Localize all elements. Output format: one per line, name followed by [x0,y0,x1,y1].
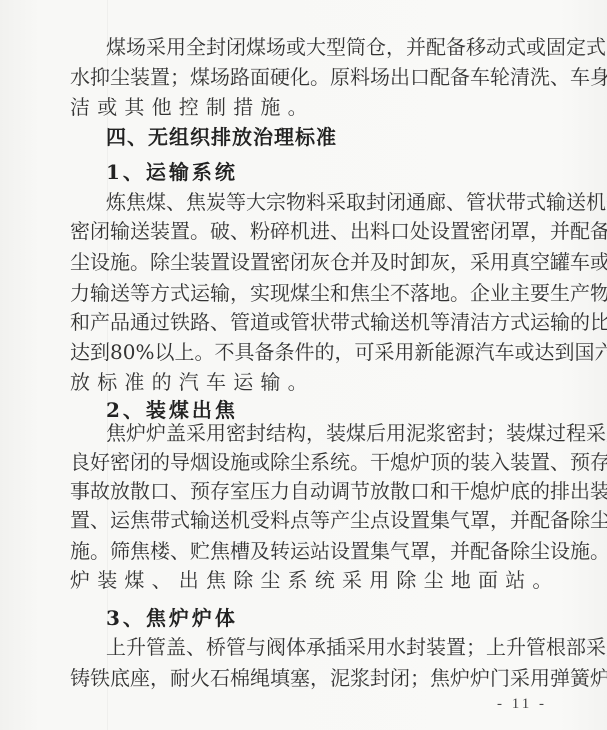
subsection-heading: 3、焦炉炉体 [106,603,238,633]
paragraph-line: 和产品通过铁路、管道或管状带式输送机等清洁方式运输的比例 [70,307,546,337]
paragraph-line: 良好密闭的导烟设施或除尘系统。干熄炉顶的装入装置、预存室 [70,447,546,477]
paragraph-line: 事故放散口、预存室压力自动调节放散口和干熄炉底的排出装 [70,476,546,506]
paragraph-line: 水抑尘装置；煤场路面硬化。原料场出口配备车轮清洗、车身清 [70,62,546,92]
paragraph-line: 达到80%以上。不具备条件的，可采用新能源汽车或达到国六排 [70,337,546,367]
paragraph-line: 放标准的汽车运输。 [70,367,546,397]
paragraph-line: 铸铁底座，耐火石棉绳填塞，泥浆封闭；焦炉炉门采用弹簧炉门、 [70,663,546,693]
document-page: 煤场采用全封闭煤场或大型筒仓，并配备移动式或固定式喷 水抑尘装置；煤场路面硬化。… [0,0,607,730]
paragraph-line: 尘设施。除尘装置设置密闭灰仓并及时卸灰，采用真空罐车或气 [70,247,546,277]
paragraph-line: 炼焦煤、焦炭等大宗物料采取封闭通廊、管状带式输送机等 [106,187,546,217]
paragraph-line: 力输送等方式运输，实现煤尘和焦尘不落地。企业主要生产物料 [70,278,546,308]
paragraph-line: 上升管盖、桥管与阀体承插采用水封装置；上升管根部采用 [106,632,546,662]
paragraph-line: 煤场采用全封闭煤场或大型筒仓，并配备移动式或固定式喷 [106,32,546,62]
subsection-heading: 1、运输系统 [106,157,238,187]
paragraph-line: 密闭输送装置。破、粉碎机进、出料口处设置密闭罩，并配备除 [70,216,546,246]
paragraph-line: 置、运焦带式输送机受料点等产尘点设置集气罩，并配备除尘设 [70,505,546,535]
paragraph-line: 洁或其他控制措施。 [70,92,546,122]
section-heading: 四、无组织排放治理标准 [106,122,337,152]
paragraph-line: 炉装煤、出焦除尘系统采用除尘地面站。 [70,565,546,595]
page-number: - 11 - [497,696,547,713]
paragraph-line: 施。筛焦楼、贮焦槽及转运站设置集气罩，并配备除尘设施。焦 [70,536,546,566]
paragraph-line: 焦炉炉盖采用密封结构，装煤后用泥浆密封；装煤过程采用 [106,418,546,448]
